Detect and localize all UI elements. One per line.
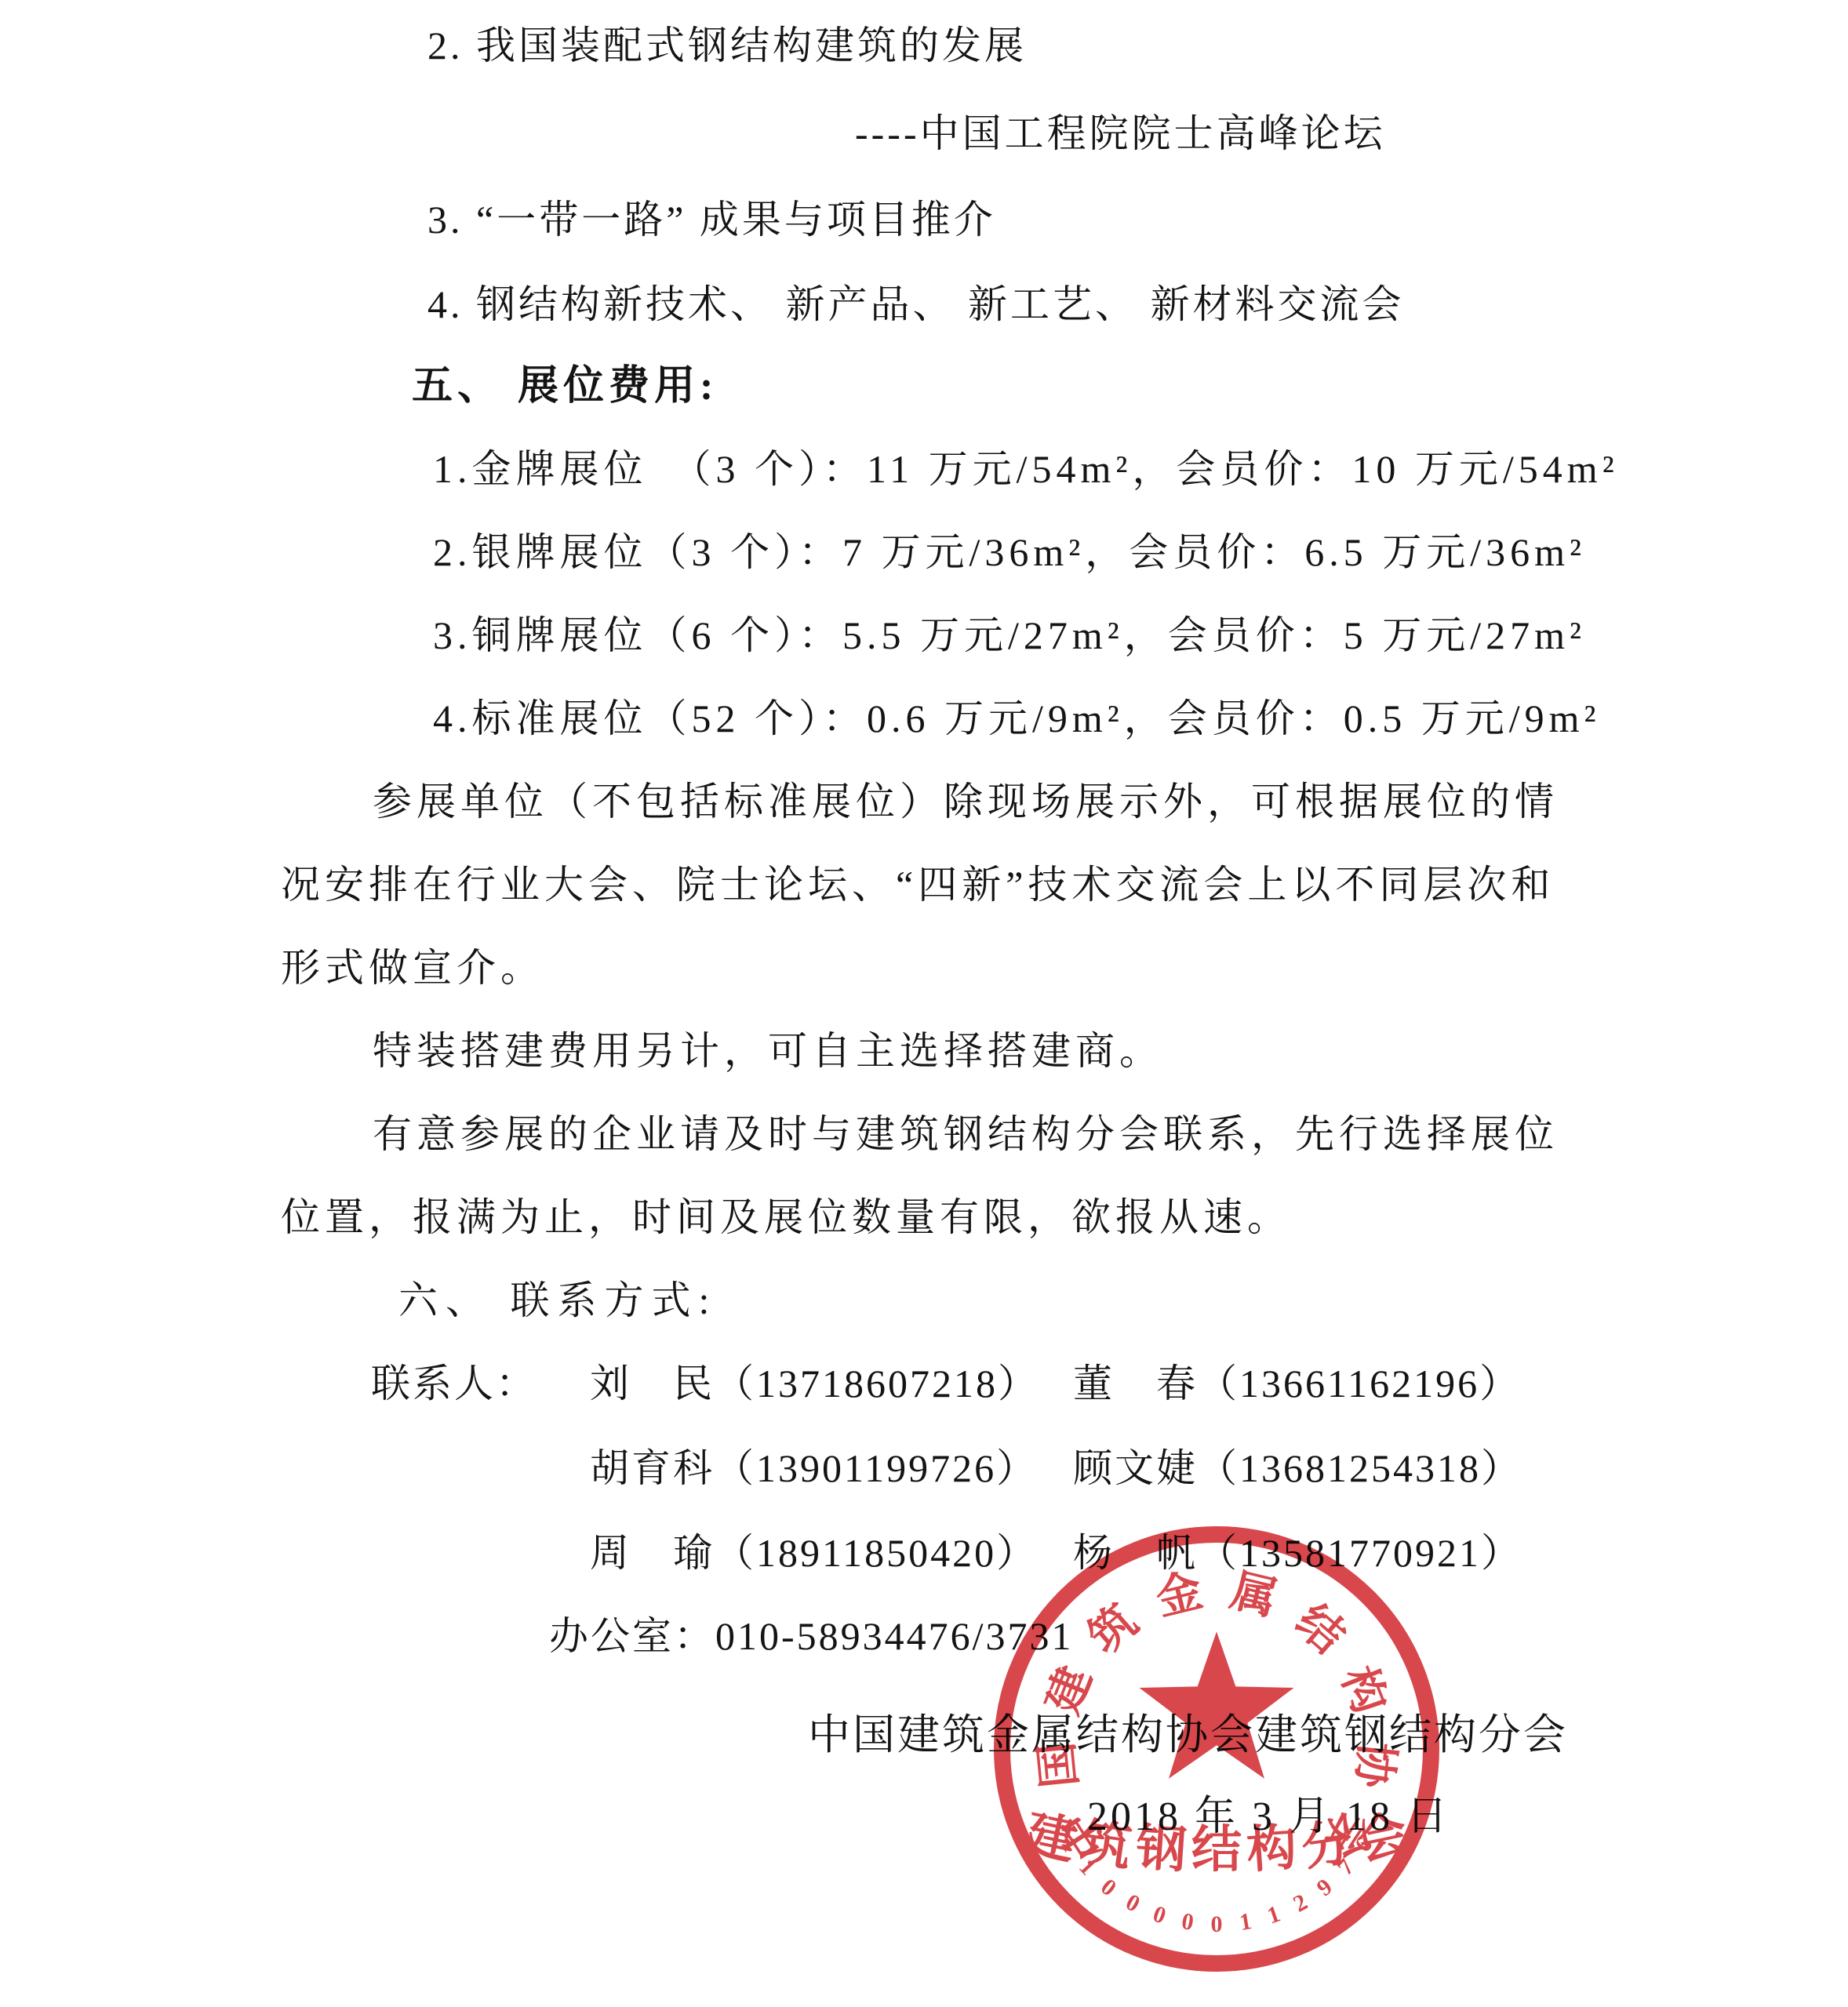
agenda-item-4: 4. 钢结构新技术、 新产品、 新工艺、 新材料交流会 (427, 281, 1405, 328)
note-paragraph3-line1: 有意参展的企业请及时与建筑钢结构分会联系，先行选择展位 (373, 1111, 1559, 1158)
note-paragraph1-line1: 参展单位（不包括标准展位）除现场展示外，可根据展位的情 (373, 778, 1559, 825)
agenda-item-3: 3. “一带一路” 成果与项目推介 (427, 196, 996, 243)
signature-organization: 中国建筑金属结构协会建筑钢结构分会 (808, 1710, 1568, 1761)
contact-item-liumin: 刘 民（13718607218） (590, 1360, 1039, 1407)
contact-label: 联系人： (371, 1360, 537, 1407)
agenda-item-2-sub: ----中国工程院院士高峰论坛 (855, 110, 1386, 157)
contact-item-huyuke: 胡育科（13901199726） (590, 1445, 1038, 1492)
document-page: 2. 我国装配式钢结构建筑的发展 ----中国工程院院士高峰论坛 3. “一带一… (0, 0, 1848, 2007)
contact-item-zhouyu: 周 瑜（18911850420） (590, 1529, 1038, 1576)
signature-date: 2018 年 3 月 18 日 (1087, 1793, 1450, 1842)
fee-item-standard: 4.标准展位（52 个）：0.6 万元/9m²，会员价：0.5 万元/9m² (433, 695, 1601, 742)
note-paragraph1-line2: 况安排在行业大会、院士论坛、“四新”技术交流会上以不同层次和 (281, 861, 1555, 908)
agenda-item-2: 2. 我国装配式钢结构建筑的发展 (427, 22, 1027, 69)
fee-item-silver: 2.银牌展位（3 个）：7 万元/36m²，会员价：6.5 万元/36m² (433, 529, 1586, 576)
note-paragraph2: 特装搭建费用另计，可自主选择搭建商。 (373, 1027, 1163, 1074)
contact-item-dongchun: 董 春（13661162196） (1073, 1360, 1521, 1407)
note-paragraph1-line3: 形式做宣介。 (281, 944, 544, 991)
section6-heading: 六、 联系方式: (398, 1277, 717, 1324)
fee-item-gold: 1.金牌展位 （3 个）：11 万元/54m²，会员价：10 万元/54m² (433, 445, 1619, 493)
contact-item-yangfan: 杨 帆（13581770921） (1073, 1529, 1522, 1576)
fee-item-bronze: 3.铜牌展位（6 个）：5.5 万元/27m²，会员价：5 万元/27m² (433, 612, 1586, 659)
section5-heading: 五、 展位费用: (412, 362, 718, 411)
note-paragraph3-line2: 位置，报满为止，时间及展位数量有限，欲报从速。 (281, 1194, 1291, 1241)
contact-item-guwenjie: 顾文婕（13681254318） (1073, 1445, 1522, 1492)
contact-office-phone: 办公室：010-58934476/3731 (549, 1613, 1074, 1660)
